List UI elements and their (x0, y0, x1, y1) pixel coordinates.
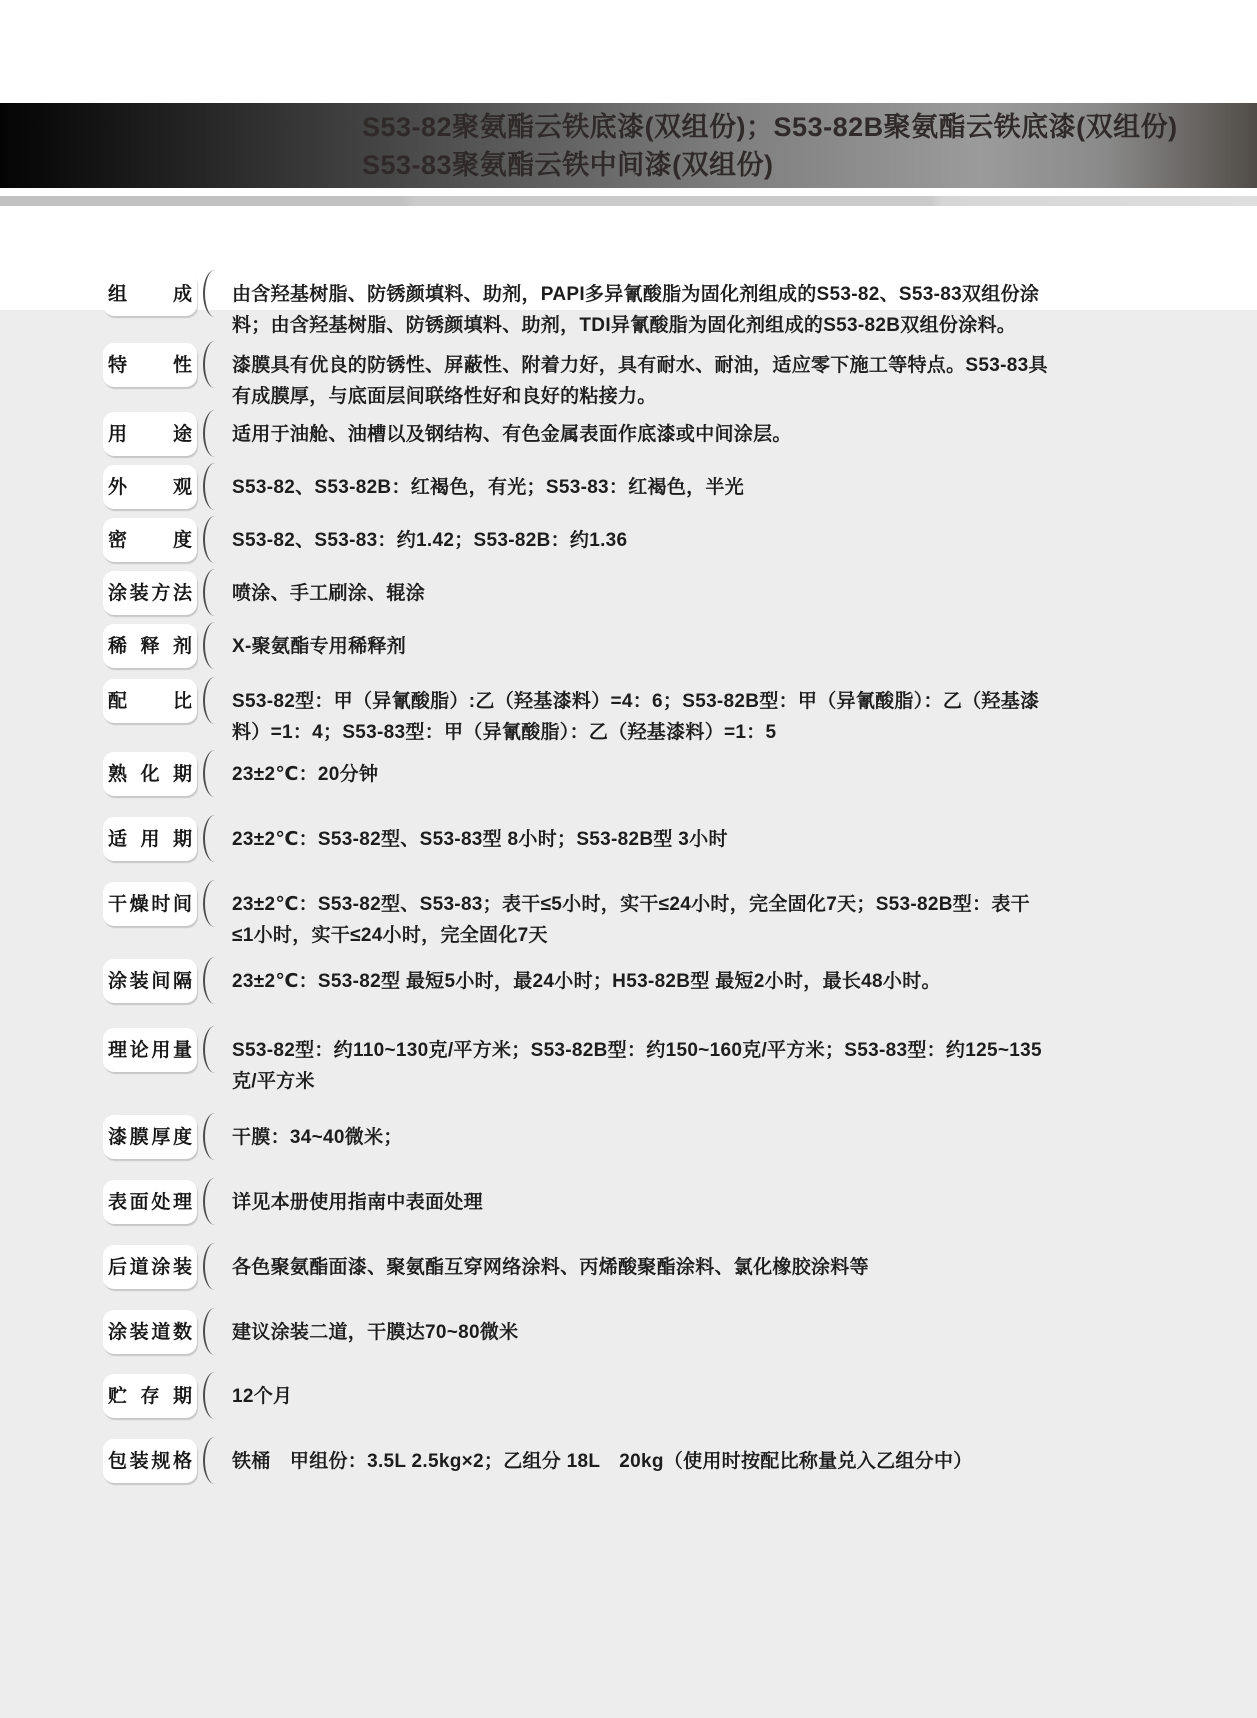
spec-sheet: 组成 由含羟基树脂、防锈颜填料、助剂，PAPI多异氰酸脂为固化剂组成的S53-8… (0, 206, 1257, 1484)
bracket-icon (203, 270, 218, 317)
bracket-icon (203, 1243, 218, 1290)
row-content: X-聚氨酯专用稀释剂 (232, 624, 406, 662)
row-label-text: 用途 (108, 425, 192, 444)
bracket-icon (203, 1113, 218, 1160)
row-label: 组成 (103, 272, 232, 317)
row-label: 包装规格 (103, 1439, 232, 1484)
row-content: 铁桶 甲组份：3.5L 2.5kg×2；乙组分 18L 20kg（使用时按配比称… (232, 1439, 973, 1477)
bracket-icon (203, 815, 218, 862)
row-content: S53-82、S53-83：约1.42；S53-82B：约1.36 (232, 518, 627, 556)
spec-row-density: 密度 S53-82、S53-83：约1.42；S53-82B：约1.36 (103, 518, 1257, 563)
row-label: 稀释剂 (103, 624, 232, 669)
row-label: 贮存期 (103, 1374, 232, 1419)
bracket-icon (203, 1308, 218, 1355)
row-label: 特性 (103, 343, 232, 388)
row-label-text: 适用期 (108, 830, 192, 849)
row-label: 外观 (103, 465, 232, 510)
row-label-text: 漆膜厚度 (108, 1128, 192, 1147)
row-label-text: 理论用量 (108, 1041, 192, 1060)
page-title-line2: S53-83聚氨酯云铁中间漆(双组份) (362, 146, 1257, 184)
bracket-icon (203, 1437, 218, 1484)
row-label: 理论用量 (103, 1028, 232, 1073)
row-content: 由含羟基树脂、防锈颜填料、助剂，PAPI多异氰酸脂为固化剂组成的S53-82、S… (232, 272, 1050, 341)
row-content: 喷涂、手工刷涂、辊涂 (232, 571, 425, 609)
row-label-text: 稀释剂 (108, 637, 192, 656)
bracket-icon (203, 341, 218, 388)
row-label-text: 干燥时间 (108, 895, 192, 914)
spec-row-film-thickness: 漆膜厚度 干膜：34~40微米； (103, 1115, 1257, 1160)
spec-row-number-of-coats: 涂装道数 建议涂装二道，干膜达70~80微米 (103, 1310, 1257, 1355)
bracket-icon (203, 1178, 218, 1225)
spec-row-shelf-life: 贮存期 12个月 (103, 1374, 1257, 1419)
row-label-text: 贮存期 (108, 1387, 192, 1406)
row-content: 详见本册使用指南中表面处理 (232, 1180, 483, 1218)
row-label: 涂装间隔 (103, 959, 232, 1004)
row-label: 配比 (103, 679, 232, 724)
spec-row-application-method: 涂装方法 喷涂、手工刷涂、辊涂 (103, 571, 1257, 616)
spec-row-subsequent-coats: 后道涂装 各色聚氨酯面漆、聚氨酯互穿网络涂料、丙烯酸聚酯涂料、氯化橡胶涂料等 (103, 1245, 1257, 1290)
row-label-text: 涂装道数 (108, 1323, 192, 1342)
spec-row-pot-life: 适用期 23±2℃：S53-82型、S53-83型 8小时；S53-82B型 3… (103, 817, 1257, 862)
bracket-icon (203, 1026, 218, 1073)
page-title-line1: S53-82聚氨酯云铁底漆(双组份)；S53-82B聚氨酯云铁底漆(双组份) (362, 108, 1257, 146)
row-content: 各色聚氨酯面漆、聚氨酯互穿网络涂料、丙烯酸聚酯涂料、氯化橡胶涂料等 (232, 1245, 869, 1283)
row-content: 12个月 (232, 1374, 292, 1412)
bracket-icon (203, 880, 218, 927)
row-label-text: 配比 (108, 692, 192, 711)
header-gap (0, 188, 1257, 196)
spec-row-composition: 组成 由含羟基树脂、防锈颜填料、助剂，PAPI多异氰酸脂为固化剂组成的S53-8… (103, 272, 1257, 341)
row-label: 干燥时间 (103, 882, 232, 927)
spec-row-packaging: 包装规格 铁桶 甲组份：3.5L 2.5kg×2；乙组分 18L 20kg（使用… (103, 1439, 1257, 1484)
spec-row-surface-treatment: 表面处理 详见本册使用指南中表面处理 (103, 1180, 1257, 1225)
row-label: 涂装道数 (103, 1310, 232, 1355)
spec-row-drying-time: 干燥时间 23±2℃：S53-82型、S53-83；表干≤5小时，实干≤24小时… (103, 882, 1257, 951)
row-content: S53-82型：约110~130克/平方米；S53-82B型：约150~160克… (232, 1028, 1050, 1097)
divider-stripe (0, 196, 1257, 206)
bracket-icon (203, 750, 218, 797)
bracket-icon (203, 1372, 218, 1419)
row-content: 23±2℃：S53-82型、S53-83；表干≤5小时，实干≤24小时，完全固化… (232, 882, 1050, 951)
row-label: 漆膜厚度 (103, 1115, 232, 1160)
row-label-text: 包装规格 (108, 1452, 192, 1471)
top-margin (0, 0, 1257, 103)
bracket-icon (203, 410, 218, 457)
row-content: 23±2℃：S53-82型 最短5小时，最24小时；H53-82B型 最短2小时… (232, 959, 941, 997)
row-label: 熟化期 (103, 752, 232, 797)
row-content: 建议涂装二道，干膜达70~80微米 (232, 1310, 518, 1348)
row-label-text: 熟化期 (108, 765, 192, 784)
spec-row-characteristics: 特性 漆膜具有优良的防锈性、屏蔽性、附着力好，具有耐水、耐油，适应零下施工等特点… (103, 343, 1257, 412)
row-label-text: 涂装方法 (108, 584, 192, 603)
bracket-icon (203, 516, 218, 563)
bracket-icon (203, 622, 218, 669)
row-label-text: 涂装间隔 (108, 972, 192, 991)
row-content: S53-82、S53-82B：红褐色，有光；S53-83：红褐色，半光 (232, 465, 744, 503)
spec-row-thinner: 稀释剂 X-聚氨酯专用稀释剂 (103, 624, 1257, 669)
spec-row-theoretical-consumption: 理论用量 S53-82型：约110~130克/平方米；S53-82B型：约150… (103, 1028, 1257, 1097)
row-content: 23±2℃：20分钟 (232, 752, 378, 790)
row-label: 涂装方法 (103, 571, 232, 616)
bracket-icon (203, 677, 218, 724)
row-label: 表面处理 (103, 1180, 232, 1225)
row-content: 漆膜具有优良的防锈性、屏蔽性、附着力好，具有耐水、耐油，适应零下施工等特点。S5… (232, 343, 1050, 412)
row-content: S53-82型：甲（异氰酸脂）:乙（羟基漆料）=4：6；S53-82B型：甲（异… (232, 679, 1050, 748)
row-label-text: 特性 (108, 356, 192, 375)
spec-row-appearance: 外观 S53-82、S53-82B：红褐色，有光；S53-83：红褐色，半光 (103, 465, 1257, 510)
row-label: 密度 (103, 518, 232, 563)
bracket-icon (203, 957, 218, 1004)
row-label: 用途 (103, 412, 232, 457)
row-label: 适用期 (103, 817, 232, 862)
spec-row-mixing-ratio: 配比 S53-82型：甲（异氰酸脂）:乙（羟基漆料）=4：6；S53-82B型：… (103, 679, 1257, 748)
row-label-text: 密度 (108, 531, 192, 550)
row-content: 干膜：34~40微米； (232, 1115, 403, 1153)
row-label-text: 后道涂装 (108, 1258, 192, 1277)
spec-row-recoat-interval: 涂装间隔 23±2℃：S53-82型 最短5小时，最24小时；H53-82B型 … (103, 959, 1257, 1004)
row-label-text: 组成 (108, 285, 192, 304)
row-label-text: 表面处理 (108, 1193, 192, 1212)
row-content: 23±2℃：S53-82型、S53-83型 8小时；S53-82B型 3小时 (232, 817, 728, 855)
bracket-icon (203, 569, 218, 616)
row-label: 后道涂装 (103, 1245, 232, 1290)
spec-row-uses: 用途 适用于油舱、油槽以及钢结构、有色金属表面作底漆或中间涂层。 (103, 412, 1257, 457)
spec-row-induction-time: 熟化期 23±2℃：20分钟 (103, 752, 1257, 797)
row-content: 适用于油舱、油槽以及钢结构、有色金属表面作底漆或中间涂层。 (232, 412, 792, 450)
bracket-icon (203, 463, 218, 510)
row-label-text: 外观 (108, 478, 192, 497)
header-bar: S53-82聚氨酯云铁底漆(双组份)；S53-82B聚氨酯云铁底漆(双组份) S… (0, 103, 1257, 188)
